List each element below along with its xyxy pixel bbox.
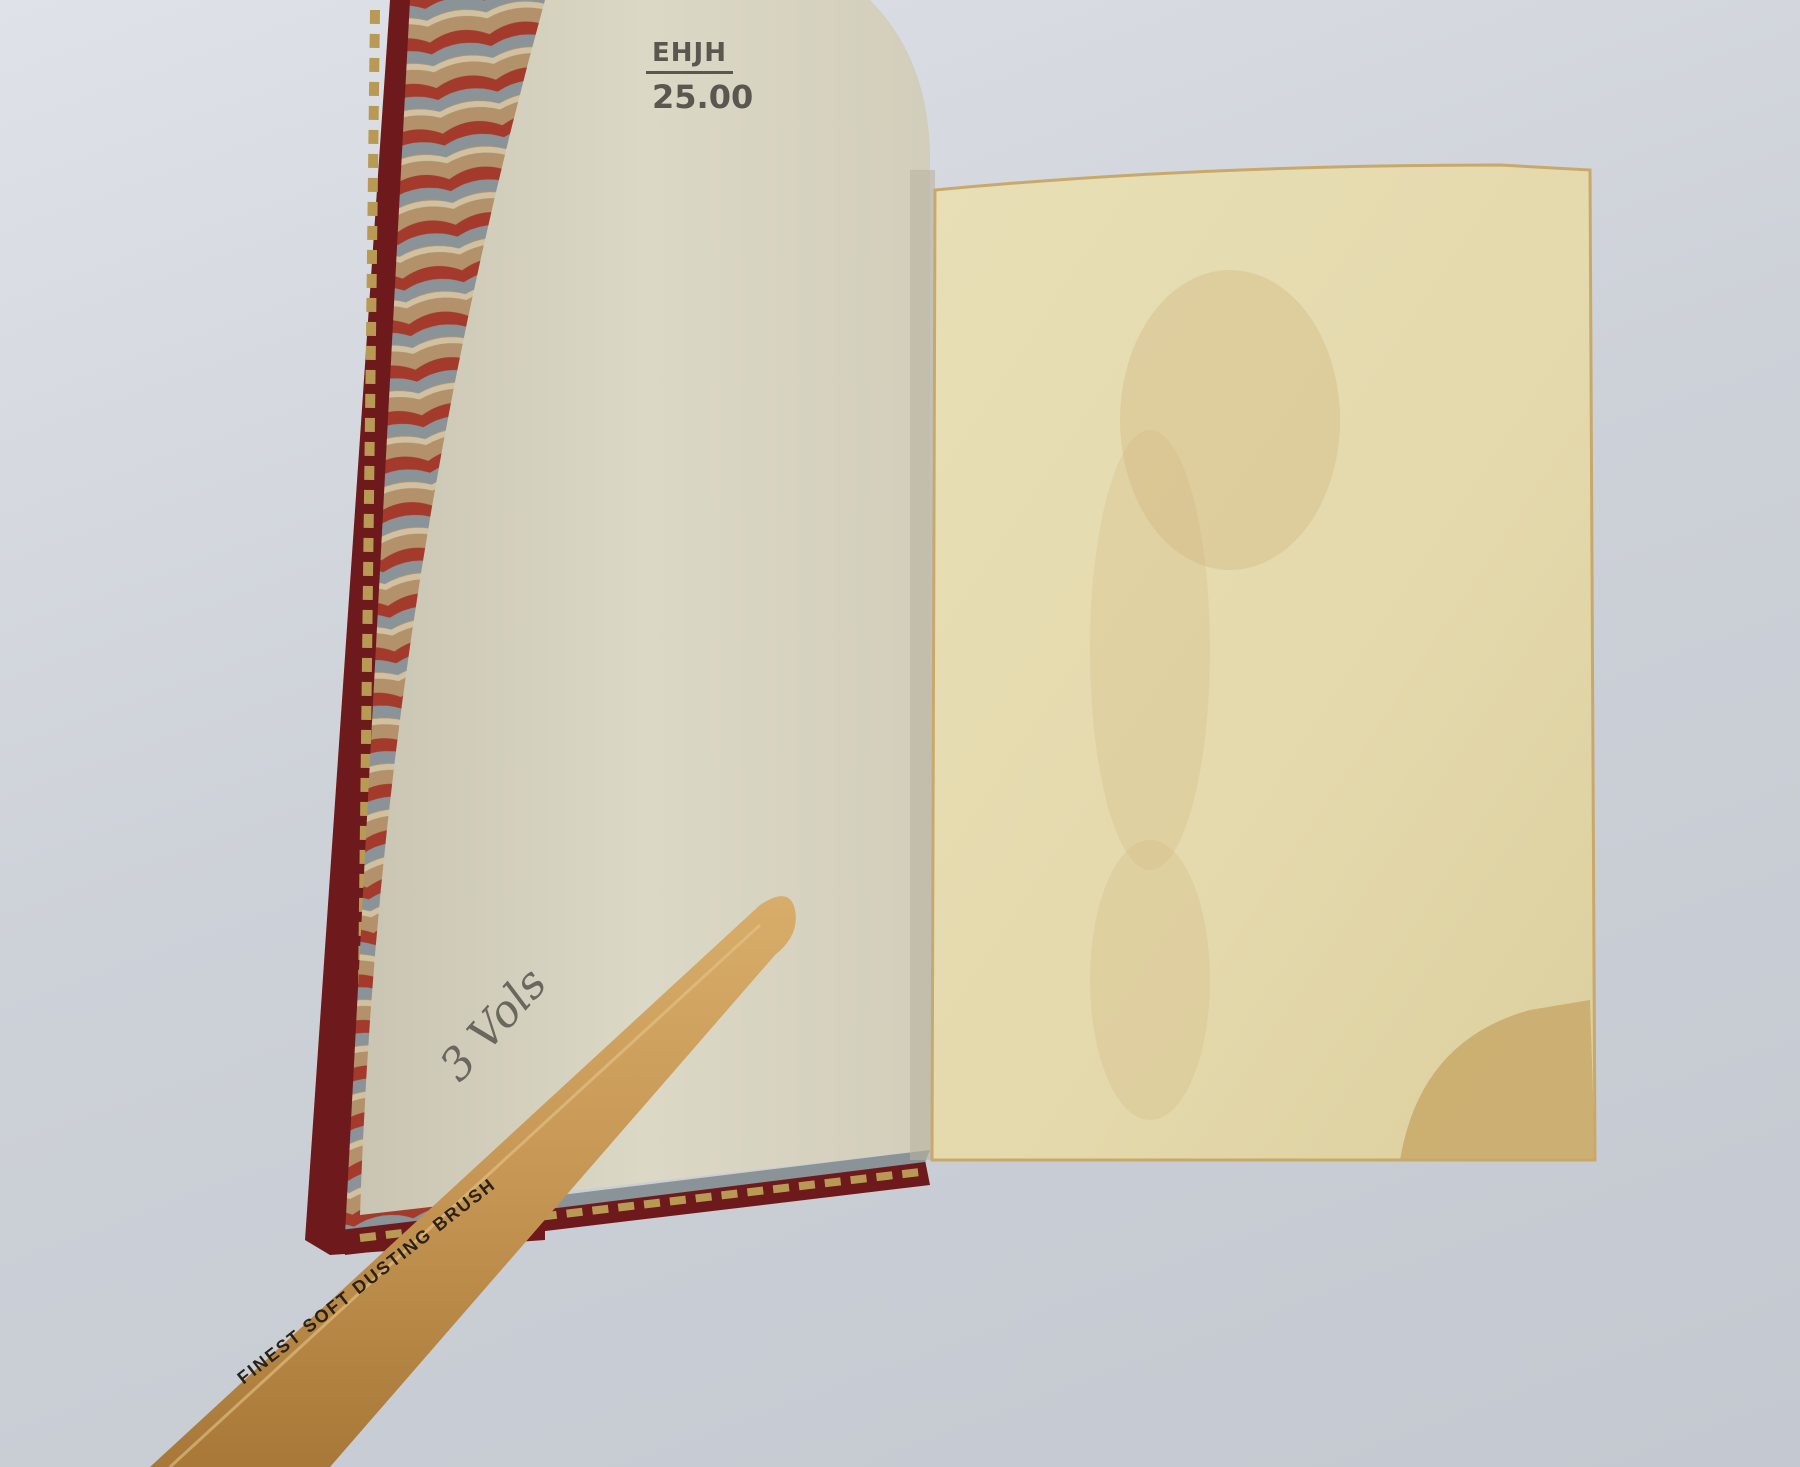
price-note: 25.00 (652, 78, 753, 116)
photo-scene: EHJH 25.00 3 Vols FINEST SOFT DUSTING BR… (0, 0, 1800, 1467)
book-illustration (0, 0, 1800, 1467)
price-code-note: EHJH (652, 38, 727, 68)
